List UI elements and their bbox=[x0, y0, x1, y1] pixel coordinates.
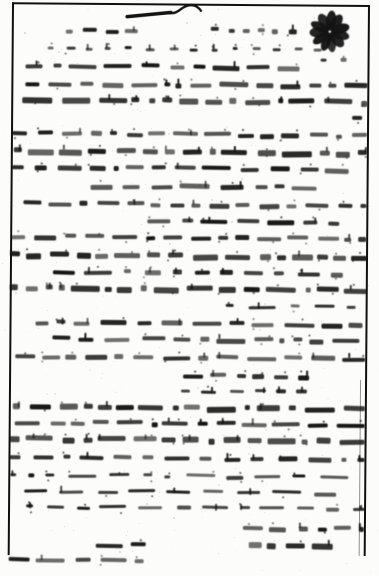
word-blob bbox=[193, 65, 205, 70]
word-blob bbox=[62, 98, 90, 104]
word-blob bbox=[331, 273, 343, 278]
diacritic-dot bbox=[253, 292, 255, 294]
diacritic-dot bbox=[267, 209, 269, 211]
diacritic-dot bbox=[300, 173, 302, 175]
diacritic-dot bbox=[272, 522, 274, 524]
word-blob bbox=[28, 473, 34, 477]
word-blob bbox=[142, 149, 157, 155]
word-blob bbox=[142, 456, 153, 460]
diacritic-dot bbox=[305, 242, 307, 244]
word-blob bbox=[315, 493, 337, 497]
word-blob bbox=[125, 46, 132, 49]
diacritic-dot bbox=[343, 201, 345, 203]
word-blob bbox=[294, 48, 302, 52]
word-blob bbox=[90, 131, 101, 136]
diacritic-dot bbox=[123, 317, 125, 319]
word-blob bbox=[205, 99, 222, 105]
text-line bbox=[11, 228, 366, 245]
word-blob bbox=[352, 133, 367, 138]
diacritic-dot bbox=[98, 249, 100, 251]
ascender-stroke bbox=[233, 146, 235, 151]
word-blob bbox=[59, 150, 82, 156]
diacritic-dot bbox=[178, 418, 180, 420]
diacritic-dot bbox=[266, 155, 268, 157]
word-blob bbox=[353, 508, 365, 512]
noise-speck bbox=[376, 369, 378, 371]
word-blob bbox=[284, 356, 302, 360]
diacritic-dot bbox=[232, 182, 234, 184]
ascender-stroke bbox=[301, 269, 303, 274]
diacritic-dot bbox=[277, 284, 279, 286]
word-blob bbox=[77, 252, 91, 258]
word-blob bbox=[25, 489, 48, 492]
word-blob bbox=[211, 27, 219, 31]
word-blob bbox=[66, 29, 73, 33]
text-line bbox=[12, 159, 349, 176]
diacritic-dot bbox=[148, 216, 150, 218]
word-blob bbox=[12, 235, 26, 239]
diacritic-dot bbox=[243, 164, 245, 166]
ascender-stroke bbox=[208, 217, 210, 223]
diacritic-dot bbox=[57, 87, 59, 89]
word-blob bbox=[137, 322, 151, 326]
word-blob bbox=[63, 455, 70, 459]
word-blob bbox=[190, 84, 211, 88]
text-line bbox=[55, 23, 138, 38]
word-blob bbox=[125, 29, 138, 33]
word-blob bbox=[184, 405, 200, 410]
diacritic-dot bbox=[279, 455, 281, 457]
word-blob bbox=[23, 200, 41, 205]
ascender-stroke bbox=[212, 370, 214, 377]
word-blob bbox=[194, 271, 209, 275]
word-blob bbox=[75, 558, 90, 562]
word-blob bbox=[282, 152, 312, 158]
ascender-stroke bbox=[360, 505, 362, 510]
text-line bbox=[10, 398, 365, 415]
diacritic-dot bbox=[318, 209, 320, 211]
diacritic-dot bbox=[118, 472, 120, 474]
word-blob bbox=[65, 234, 76, 238]
word-blob bbox=[15, 354, 35, 358]
word-blob bbox=[147, 219, 170, 223]
word-blob bbox=[90, 166, 106, 171]
word-blob bbox=[290, 304, 299, 307]
ascender-stroke bbox=[239, 181, 241, 187]
diacritic-dot bbox=[140, 539, 142, 541]
diacritic-dot bbox=[173, 276, 175, 278]
diacritic-dot bbox=[261, 480, 263, 482]
ascender-stroke bbox=[312, 353, 314, 359]
word-blob bbox=[204, 132, 231, 137]
word-blob bbox=[33, 456, 53, 460]
word-blob bbox=[165, 475, 171, 478]
diacritic-dot bbox=[179, 95, 181, 97]
word-blob bbox=[332, 338, 359, 342]
ascender-stroke bbox=[298, 251, 300, 256]
diacritic-dot bbox=[146, 240, 148, 242]
word-blob bbox=[320, 476, 348, 480]
text-line bbox=[11, 195, 366, 212]
word-blob bbox=[116, 405, 134, 410]
word-blob bbox=[98, 491, 118, 495]
word-blob bbox=[150, 98, 156, 103]
word-blob bbox=[254, 475, 280, 478]
word-blob bbox=[69, 64, 97, 69]
diacritic-dot bbox=[235, 44, 237, 46]
ascender-stroke bbox=[86, 452, 88, 458]
word-blob bbox=[287, 235, 308, 239]
diacritic-dot bbox=[62, 452, 64, 454]
diacritic-dot bbox=[207, 385, 209, 387]
diacritic-dot bbox=[180, 180, 182, 182]
word-blob bbox=[309, 84, 321, 88]
word-blob bbox=[281, 134, 299, 139]
diacritic-dot bbox=[172, 292, 174, 294]
diacritic-dot bbox=[248, 523, 250, 525]
diacritic-dot bbox=[48, 479, 50, 481]
word-blob bbox=[301, 167, 319, 171]
diacritic-dot bbox=[280, 139, 282, 141]
diacritic-dot bbox=[56, 318, 58, 320]
word-blob bbox=[105, 287, 112, 292]
ascender-stroke bbox=[327, 540, 329, 546]
word-blob bbox=[209, 204, 229, 209]
word-blob bbox=[310, 132, 328, 136]
diacritic-dot bbox=[89, 154, 91, 156]
ascender-stroke bbox=[301, 387, 303, 392]
diacritic-dot bbox=[178, 351, 180, 353]
diacritic-dot bbox=[151, 418, 153, 420]
word-blob bbox=[273, 490, 302, 494]
word-blob bbox=[53, 63, 61, 67]
diacritic-dot bbox=[17, 452, 19, 454]
word-blob bbox=[344, 405, 365, 411]
word-blob bbox=[217, 338, 246, 343]
word-blob bbox=[103, 64, 131, 68]
word-blob bbox=[235, 235, 249, 240]
word-blob bbox=[297, 506, 314, 509]
word-blob bbox=[292, 254, 313, 260]
word-blob bbox=[308, 424, 328, 428]
word-blob bbox=[212, 65, 239, 70]
word-blob bbox=[270, 166, 289, 171]
word-blob bbox=[163, 357, 191, 362]
word-blob bbox=[179, 99, 198, 105]
word-blob bbox=[42, 355, 60, 359]
ascender-stroke bbox=[167, 95, 169, 100]
diacritic-dot bbox=[220, 200, 222, 202]
ascender-stroke bbox=[200, 419, 202, 426]
text-line bbox=[10, 430, 365, 447]
diacritic-dot bbox=[300, 371, 302, 373]
diacritic-dot bbox=[258, 104, 260, 106]
diacritic-dot bbox=[359, 251, 361, 253]
word-blob bbox=[83, 27, 97, 31]
word-blob bbox=[114, 253, 140, 259]
word-blob bbox=[10, 436, 20, 442]
word-blob bbox=[26, 82, 40, 86]
word-blob bbox=[341, 58, 347, 62]
ascender-stroke bbox=[29, 502, 31, 508]
word-blob bbox=[252, 323, 274, 327]
diacritic-dot bbox=[300, 434, 302, 436]
ascender-stroke bbox=[133, 200, 135, 206]
word-blob bbox=[15, 421, 40, 425]
word-blob bbox=[317, 286, 339, 292]
diacritic-dot bbox=[99, 180, 101, 182]
diacritic-dot bbox=[300, 540, 302, 542]
word-blob bbox=[267, 220, 294, 225]
diacritic-dot bbox=[219, 241, 221, 243]
word-blob bbox=[49, 203, 72, 207]
word-blob bbox=[288, 405, 296, 410]
ascender-stroke bbox=[252, 419, 254, 425]
word-blob bbox=[117, 147, 136, 153]
diacritic-dot bbox=[65, 434, 67, 436]
word-blob bbox=[109, 131, 116, 135]
ascender-stroke bbox=[149, 44, 151, 49]
ascender-stroke bbox=[35, 60, 37, 66]
word-blob bbox=[336, 152, 350, 158]
word-blob bbox=[225, 255, 250, 261]
word-blob bbox=[12, 165, 24, 170]
word-blob bbox=[226, 304, 234, 307]
word-blob bbox=[344, 82, 367, 87]
diacritic-dot bbox=[164, 360, 166, 362]
ascender-stroke bbox=[79, 128, 81, 133]
ascender-stroke bbox=[133, 26, 135, 31]
word-blob bbox=[177, 505, 191, 509]
ascender-stroke bbox=[205, 181, 207, 188]
word-blob bbox=[258, 28, 265, 32]
word-blob bbox=[117, 420, 143, 425]
ascender-stroke bbox=[210, 386, 212, 392]
word-blob bbox=[219, 287, 236, 293]
word-blob bbox=[311, 544, 332, 550]
word-blob bbox=[58, 166, 82, 171]
word-blob bbox=[328, 83, 336, 88]
word-blob bbox=[346, 306, 355, 309]
word-blob bbox=[334, 526, 351, 531]
word-blob bbox=[224, 437, 242, 443]
ascender-stroke bbox=[86, 434, 88, 439]
ascender-stroke bbox=[86, 318, 88, 324]
word-blob bbox=[97, 201, 119, 206]
diacritic-dot bbox=[215, 380, 217, 382]
word-blob bbox=[35, 322, 48, 326]
word-blob bbox=[26, 286, 38, 291]
diacritic-dot bbox=[267, 260, 269, 262]
word-blob bbox=[183, 374, 203, 378]
word-blob bbox=[59, 491, 83, 494]
word-blob bbox=[12, 131, 27, 136]
diacritic-dot bbox=[272, 242, 274, 244]
diacritic-dot bbox=[234, 88, 236, 90]
ascender-stroke bbox=[259, 403, 261, 410]
word-blob bbox=[139, 506, 163, 510]
diacritic-dot bbox=[65, 250, 67, 252]
word-blob bbox=[113, 166, 118, 171]
ascender-stroke bbox=[40, 555, 42, 561]
word-blob bbox=[141, 285, 147, 291]
word-blob bbox=[230, 390, 244, 393]
diacritic-dot bbox=[200, 342, 202, 344]
diacritic-dot bbox=[143, 276, 145, 278]
diacritic-dot bbox=[355, 80, 357, 82]
word-blob bbox=[100, 320, 126, 325]
diacritic-dot bbox=[360, 419, 362, 421]
word-blob bbox=[247, 357, 276, 361]
word-blob bbox=[144, 473, 153, 476]
diacritic-dot bbox=[275, 252, 277, 254]
word-blob bbox=[38, 131, 53, 136]
diacritic-dot bbox=[99, 564, 101, 566]
word-blob bbox=[244, 271, 263, 276]
illegible-text-block bbox=[0, 0, 379, 576]
word-blob bbox=[166, 490, 190, 494]
ascender-stroke bbox=[227, 453, 229, 460]
ascender-stroke bbox=[188, 435, 190, 441]
word-blob bbox=[328, 222, 339, 226]
word-blob bbox=[113, 454, 131, 459]
diacritic-dot bbox=[125, 266, 127, 268]
word-blob bbox=[172, 131, 197, 136]
word-blob bbox=[25, 435, 52, 441]
word-blob bbox=[28, 150, 54, 156]
ascender-stroke bbox=[296, 80, 298, 86]
diacritic-dot bbox=[36, 170, 38, 172]
text-line bbox=[26, 499, 364, 516]
diacritic-dot bbox=[151, 495, 153, 497]
ascender-stroke bbox=[87, 44, 89, 50]
word-blob bbox=[165, 457, 190, 461]
word-blob bbox=[91, 184, 113, 189]
word-blob bbox=[173, 337, 190, 341]
diacritic-dot bbox=[37, 128, 39, 130]
ascender-stroke bbox=[203, 353, 205, 358]
diacritic-dot bbox=[41, 351, 43, 353]
word-blob bbox=[127, 201, 144, 205]
word-blob bbox=[325, 169, 349, 174]
word-blob bbox=[96, 543, 123, 547]
diacritic-dot bbox=[229, 454, 231, 456]
word-blob bbox=[352, 116, 362, 120]
diacritic-dot bbox=[41, 360, 43, 362]
ascender-stroke bbox=[221, 419, 223, 424]
word-blob bbox=[269, 527, 286, 532]
word-blob bbox=[244, 286, 260, 292]
ascender-stroke bbox=[192, 199, 194, 205]
word-blob bbox=[308, 458, 331, 463]
diacritic-dot bbox=[88, 433, 90, 435]
diacritic-dot bbox=[301, 319, 303, 321]
diacritic-dot bbox=[361, 105, 363, 107]
diacritic-dot bbox=[357, 122, 359, 124]
word-blob bbox=[280, 338, 285, 343]
word-blob bbox=[286, 204, 296, 208]
word-blob bbox=[151, 203, 161, 207]
word-blob bbox=[10, 251, 20, 256]
word-blob bbox=[266, 286, 296, 292]
word-blob bbox=[348, 323, 362, 328]
word-blob bbox=[305, 287, 310, 292]
word-blob bbox=[126, 165, 144, 169]
word-blob bbox=[135, 559, 144, 563]
word-blob bbox=[99, 505, 126, 509]
ascender-stroke bbox=[348, 353, 350, 358]
word-blob bbox=[128, 489, 155, 492]
text-line bbox=[87, 178, 317, 194]
diacritic-dot bbox=[181, 334, 183, 336]
word-blob bbox=[267, 438, 295, 444]
diacritic-dot bbox=[253, 53, 255, 55]
diacritic-dot bbox=[131, 251, 133, 253]
word-blob bbox=[358, 237, 366, 242]
diacritic-dot bbox=[136, 556, 138, 558]
word-blob bbox=[212, 49, 218, 52]
word-blob bbox=[260, 134, 274, 139]
word-blob bbox=[154, 287, 180, 293]
diacritic-dot bbox=[164, 162, 166, 164]
diacritic-dot bbox=[341, 164, 343, 166]
diacritic-dot bbox=[337, 139, 339, 141]
word-blob bbox=[134, 355, 154, 359]
word-blob bbox=[227, 476, 244, 480]
text-line bbox=[12, 483, 336, 500]
word-blob bbox=[273, 48, 281, 51]
word-blob bbox=[86, 355, 108, 360]
ascender-stroke bbox=[84, 333, 86, 339]
word-blob bbox=[321, 58, 327, 61]
diacritic-dot bbox=[332, 292, 334, 294]
word-blob bbox=[317, 438, 332, 444]
word-blob bbox=[50, 252, 69, 257]
word-blob bbox=[131, 542, 146, 546]
word-blob bbox=[102, 83, 123, 88]
diacritic-dot bbox=[68, 470, 70, 472]
word-blob bbox=[152, 166, 166, 170]
diacritic-dot bbox=[26, 248, 28, 250]
text-line bbox=[35, 314, 362, 331]
word-blob bbox=[200, 336, 209, 341]
ascender-stroke bbox=[173, 45, 175, 50]
ascender-stroke bbox=[263, 387, 265, 393]
word-blob bbox=[207, 407, 236, 413]
text-line bbox=[12, 75, 367, 92]
word-blob bbox=[278, 66, 300, 71]
word-blob bbox=[343, 358, 366, 362]
word-blob bbox=[80, 201, 88, 206]
diacritic-dot bbox=[174, 250, 176, 252]
diacritic-dot bbox=[284, 435, 286, 437]
word-blob bbox=[60, 404, 78, 410]
diacritic-dot bbox=[64, 52, 66, 54]
text-line bbox=[10, 246, 367, 263]
ascender-stroke bbox=[306, 371, 308, 376]
ascender-stroke bbox=[19, 145, 21, 152]
ascender-stroke bbox=[215, 504, 217, 510]
word-blob bbox=[113, 235, 138, 239]
ascender-stroke bbox=[18, 401, 20, 407]
word-blob bbox=[217, 421, 236, 426]
word-blob bbox=[10, 285, 18, 291]
word-blob bbox=[318, 237, 339, 241]
ascender-stroke bbox=[188, 217, 190, 223]
diacritic-dot bbox=[335, 277, 337, 279]
diacritic-dot bbox=[144, 282, 146, 284]
diacritic-dot bbox=[262, 24, 264, 26]
